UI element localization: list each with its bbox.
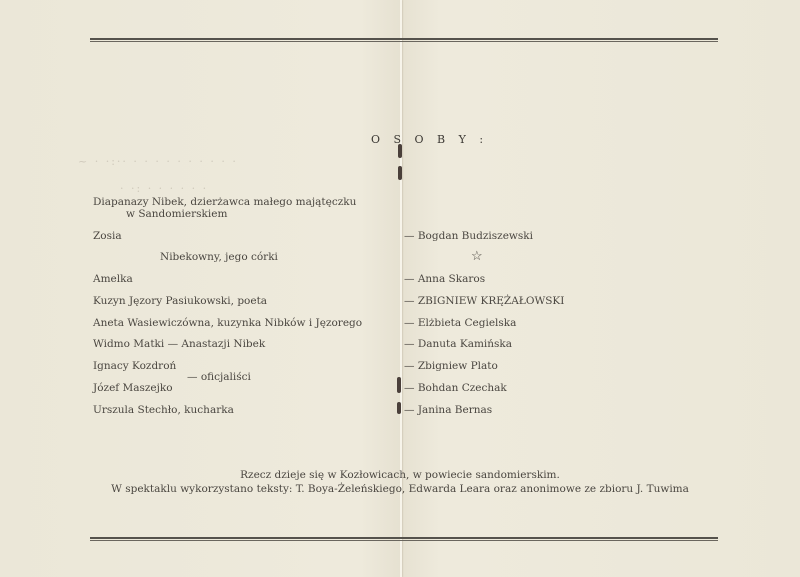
role-oficjalisci: — oficjaliści xyxy=(187,371,251,383)
actor-ignacy: — Zbigniew Plato xyxy=(404,360,498,372)
paper-tear-mark xyxy=(398,144,402,158)
role-urszula: Urszula Stechło, kucharka xyxy=(93,404,234,416)
role-jezory: Kuzyn Jęzory Pasiukowski, poeta xyxy=(93,295,267,307)
texts-note: W spektaklu wykorzystano teksty: T. Boya… xyxy=(0,483,800,495)
role-diapanazy-line2: w Sandomierskiem xyxy=(126,208,227,220)
role-ignacy: Ignacy Kozdroń xyxy=(93,360,176,372)
actor-jozef: — Bohdan Czechak xyxy=(404,382,507,394)
role-aneta: Aneta Wasiewiczówna, kuzynka Nibków i Ję… xyxy=(93,317,362,329)
role-widmo-matki: Widmo Matki — Anastazji Nibek xyxy=(93,338,265,350)
actor-aneta: — Elżbieta Cegielska xyxy=(404,317,516,329)
program-page: ~ · ·:·· · · · · · · · · · · · ·: · · · … xyxy=(0,0,800,577)
actor-zosia: — Bogdan Budziszewski xyxy=(404,230,533,242)
role-jozef: Józef Maszejko xyxy=(93,382,173,394)
bleed-through-text: · ·: · · · · · · xyxy=(120,182,208,195)
paper-tear-mark xyxy=(397,377,401,393)
actor-urszula: — Janina Bernas xyxy=(404,404,492,416)
role-nibekowny: Nibekowny, jego córki xyxy=(160,251,278,263)
paper-tear-mark xyxy=(397,402,401,414)
setting-note: Rzecz dzieje się w Kozłowicach, w powiec… xyxy=(0,469,800,481)
cast-heading: O S O B Y : xyxy=(371,133,488,146)
role-zosia: Zosia xyxy=(93,230,122,242)
bleed-through-text: ~ · ·:·· · · · · · · · · · · xyxy=(78,155,238,168)
star-icon: ☆ xyxy=(471,249,483,264)
bottom-double-rule xyxy=(90,537,718,541)
top-double-rule xyxy=(90,38,718,42)
actor-jezory: — ZBIGNIEW KRĘŻAŁOWSKI xyxy=(404,295,564,307)
role-amelka: Amelka xyxy=(93,273,133,285)
role-diapanazy: Diapanazy Nibek, dzierżawca małego mająt… xyxy=(93,196,356,208)
actor-amelka: — Anna Skaros xyxy=(404,273,485,285)
actor-widmo-matki: — Danuta Kamińska xyxy=(404,338,512,350)
paper-tear-mark xyxy=(398,166,402,180)
